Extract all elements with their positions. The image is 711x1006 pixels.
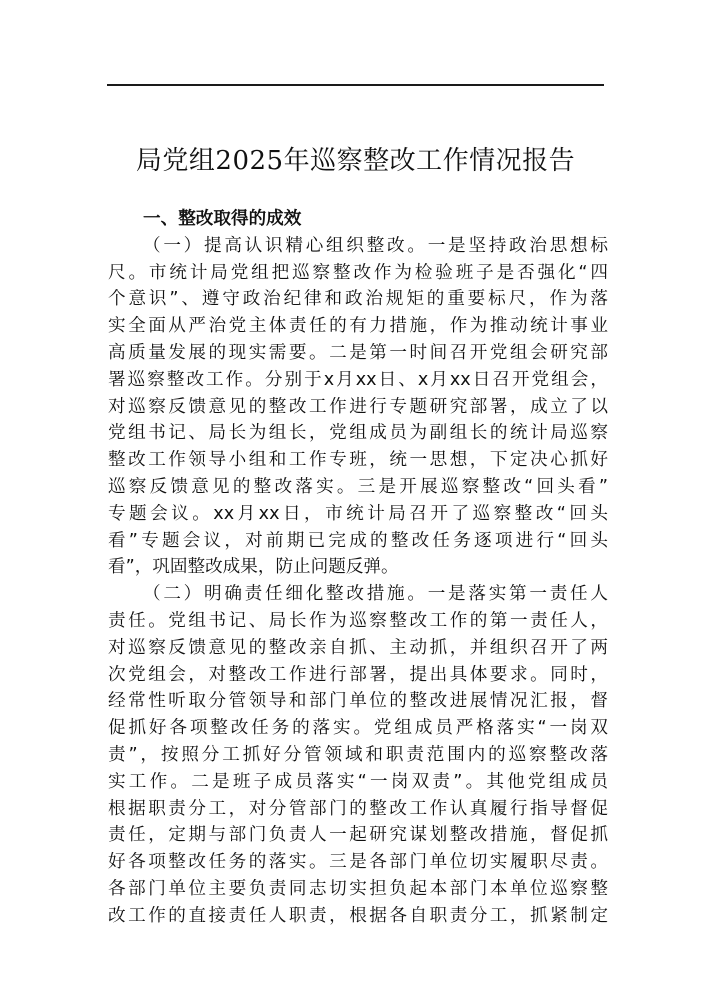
text-line: 对巡察反馈意见的整改亲自抓、主动抓，并组织召开了两 (108, 635, 608, 662)
text-line: 好各项整改任务的落实。三是各部门单位切实履职尽责。 (108, 849, 608, 876)
document-body: 一、整改取得的成效 （一）提高认识精心组织整改。一是坚持政治思想标尺。市统计局党… (108, 206, 608, 930)
text-line: 看”，巩固整改成果，防止问题反弹。 (108, 554, 608, 581)
text-line: 署巡察整改工作。分别于x月xx日、x月xx日召开党组会， (108, 367, 608, 394)
text-line: 对巡察反馈意见的整改工作进行专题研究部署，成立了以 (108, 394, 608, 421)
text-line: 次党组会，对整改工作进行部署，提出具体要求。同时， (108, 662, 608, 689)
text-line: 责任，定期与部门负责人一起研究谋划整改措施，督促抓 (108, 822, 608, 849)
text-line: 尺。市统计局党组把巡察整改作为检验班子是否强化“四 (108, 260, 608, 287)
text-line: 促抓好各项整改任务的落实。党组成员严格落实“一岗双 (108, 715, 608, 742)
text-line: 党组书记、局长为组长，党组成员为副组长的统计局巡察 (108, 420, 608, 447)
document-title: 局党组2025年巡察整改工作情况报告 (0, 140, 711, 177)
text-line: 责”，按照分工抓好分管领域和职责范围内的巡察整改落 (108, 742, 608, 769)
text-line: 整改工作领导小组和工作专班，统一思想，下定决心抓好 (108, 447, 608, 474)
text-line: 看”专题会议，对前期已完成的整改任务逐项进行“回头 (108, 528, 608, 555)
text-line: （一）提高认识精心组织整改。一是坚持政治思想标 (108, 233, 608, 260)
text-line: 各部门单位主要负责同志切实担负起本部门本单位巡察整 (108, 876, 608, 903)
text-line: 专题会议。xx月xx日，市统计局召开了巡察整改“回头 (108, 501, 608, 528)
section-heading: 一、整改取得的成效 (108, 206, 608, 233)
text-line: 个意识”、遵守政治纪律和政治规矩的重要标尺，作为落 (108, 286, 608, 313)
text-line: 根据职责分工，对分管部门的整改工作认真履行指导督促 (108, 796, 608, 823)
text-line: 实全面从严治党主体责任的有力措施，作为推动统计事业 (108, 313, 608, 340)
document-page: 局党组2025年巡察整改工作情况报告 一、整改取得的成效 （一）提高认识精心组织… (0, 0, 711, 1006)
paragraph-lines: （一）提高认识精心组织整改。一是坚持政治思想标尺。市统计局党组把巡察整改作为检验… (108, 233, 608, 930)
header-rule (107, 84, 604, 86)
text-line: 实工作。二是班子成员落实“一岗双责”。其他党组成员 (108, 769, 608, 796)
text-line: 经常性听取分管领导和部门单位的整改进展情况汇报，督 (108, 688, 608, 715)
text-line: 高质量发展的现实需要。二是第一时间召开党组会研究部 (108, 340, 608, 367)
text-line: 巡察反馈意见的整改落实。三是开展巡察整改“回头看” (108, 474, 608, 501)
text-line: 改工作的直接责任人职责，根据各自职责分工，抓紧制定 (108, 903, 608, 930)
text-line: （二）明确责任细化整改措施。一是落实第一责任人 (108, 581, 608, 608)
text-line: 责任。党组书记、局长作为巡察整改工作的第一责任人， (108, 608, 608, 635)
